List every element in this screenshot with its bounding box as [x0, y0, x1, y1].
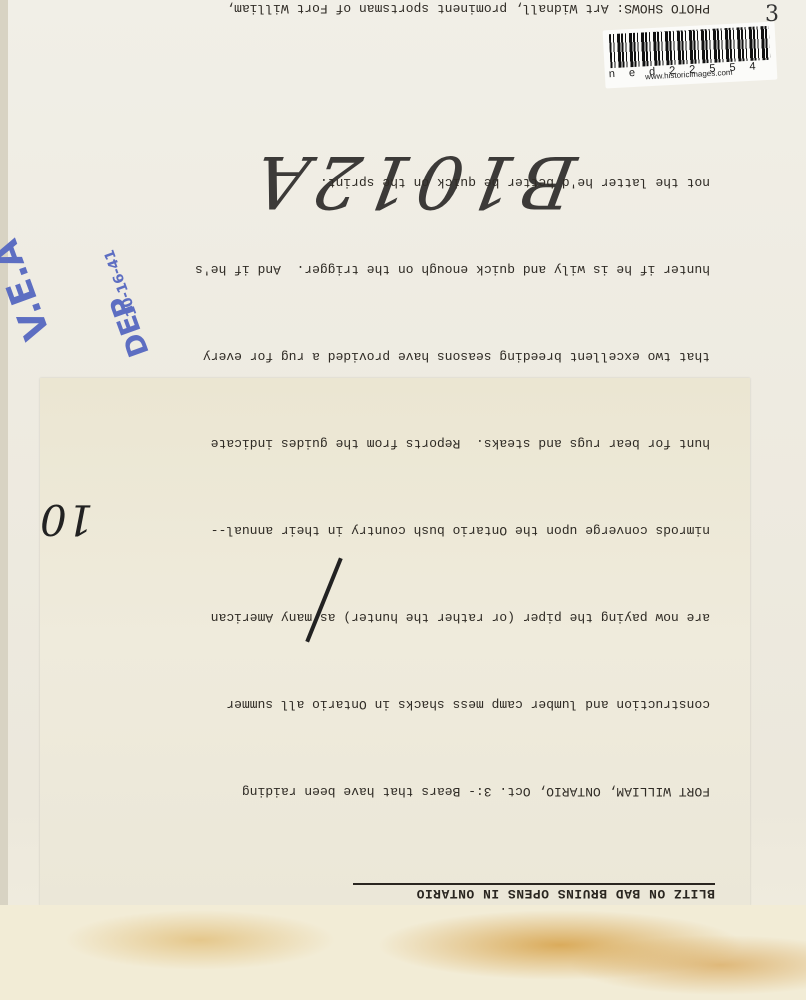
- stamp-line2: DEP: [103, 291, 156, 361]
- paragraph-gap: [180, 81, 711, 110]
- caption-headline: BLITZ ON BAD BRUINS OPENS IN ONTARIO: [353, 883, 715, 901]
- caption-body: FORT WILLIAM, ONTARIO, Oct. 3:- Bears th…: [180, 0, 711, 864]
- caption-line: construction and lumber camp mess shacks…: [180, 690, 711, 719]
- caption-line: FORT WILLIAM, ONTARIO, Oct. 3:- Bears th…: [180, 777, 711, 806]
- caption-line: not the latter he'd better be quick on t…: [180, 168, 711, 197]
- margin-note: 10: [40, 495, 93, 544]
- caption-line: hunter if he is wily and quick enough on…: [180, 255, 711, 284]
- stain-area: [0, 905, 806, 1000]
- caption-line: are now paying the piper (or rather the …: [180, 603, 711, 632]
- caption-line: nimrods converge upon the Ontario bush c…: [180, 516, 711, 545]
- paper-edge: [0, 0, 8, 1000]
- caption-line: PHOTO SHOWS: Art Widnall, prominent spor…: [180, 0, 711, 23]
- caption-line: that two excellent breeding seasons have…: [180, 342, 711, 371]
- caption-line: hunt for bear rugs and steaks. Reports f…: [180, 429, 711, 458]
- stamp-line1: V.E.A: [0, 234, 59, 345]
- photo-back: 3 ned22554 www.historicimages.com B1012A…: [0, 0, 806, 1000]
- caption-rotated: BLITZ ON BAD BRUINS OPENS IN ONTARIO FOR…: [40, 378, 750, 906]
- caption-sheet: BLITZ ON BAD BRUINS OPENS IN ONTARIO FOR…: [40, 378, 750, 906]
